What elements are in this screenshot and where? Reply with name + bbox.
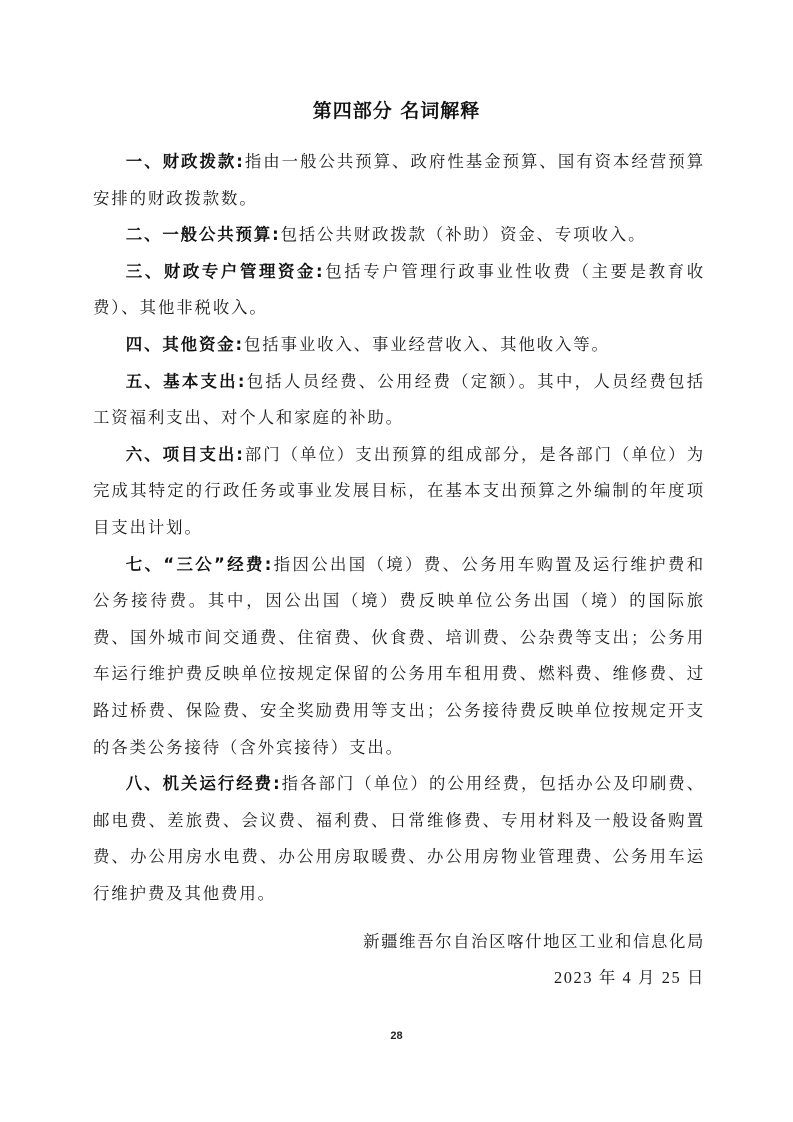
definition-2: 二、一般公共预算:包括公共财政拨款（补助）资金、专项收入。 <box>93 217 705 254</box>
definition-term: 八、机关运行经费: <box>126 774 282 793</box>
definition-text: 包括事业收入、事业经营收入、其他收入等。 <box>244 335 610 354</box>
definition-term: 四、其他资金: <box>126 335 244 354</box>
definition-term: 七、“三公”经费: <box>126 555 273 574</box>
signature-date: 2023 年 4 月 25 日 <box>554 964 705 988</box>
definition-text: 包括公共财政拨款（补助）资金、专项收入。 <box>281 225 647 244</box>
definition-8: 八、机关运行经费:指各部门（单位）的公用经费，包括办公及印刷费、邮电费、差旅费、… <box>93 766 705 912</box>
definition-term: 一、财政拨款: <box>126 152 245 171</box>
definition-6: 六、项目支出:部门（单位）支出预算的组成部分，是各部门（单位）为完成其特定的行政… <box>93 437 705 547</box>
definition-4: 四、其他资金:包括事业收入、事业经营收入、其他收入等。 <box>93 327 705 364</box>
definition-5: 五、基本支出:包括人员经费、公用经费（定额）。其中，人员经费包括工资福利支出、对… <box>93 364 705 437</box>
definition-term: 三、财政专户管理资金: <box>126 262 325 281</box>
definitions-list: 一、财政拨款:指由一般公共预算、政府性基金预算、国有资本经营预算安排的财政拨款数… <box>93 144 705 912</box>
definition-1: 一、财政拨款:指由一般公共预算、政府性基金预算、国有资本经营预算安排的财政拨款数… <box>93 144 705 217</box>
signature-organization: 新疆维吾尔自治区喀什地区工业和信息化局 <box>363 928 705 952</box>
definition-text: 指各部门（单位）的公用经费，包括办公及印刷费、邮电费、差旅费、会议费、福利费、日… <box>93 774 705 903</box>
page-number: 28 <box>0 1030 793 1042</box>
definition-term: 五、基本支出: <box>126 372 247 391</box>
page-title: 第四部分 名词解释 <box>0 96 793 123</box>
definition-7: 七、“三公”经费:指因公出国（境）费、公务用车购置及运行维护费和公务接待费。其中… <box>93 547 705 767</box>
definition-term: 二、一般公共预算: <box>126 225 281 244</box>
definition-text: 指因公出国（境）费、公务用车购置及运行维护费和公务接待费。其中，因公出国（境）费… <box>93 555 705 757</box>
definition-term: 六、项目支出: <box>126 445 245 464</box>
definition-3: 三、财政专户管理资金:包括专户管理行政事业性收费（主要是教育收费）、其他非税收入… <box>93 254 705 327</box>
